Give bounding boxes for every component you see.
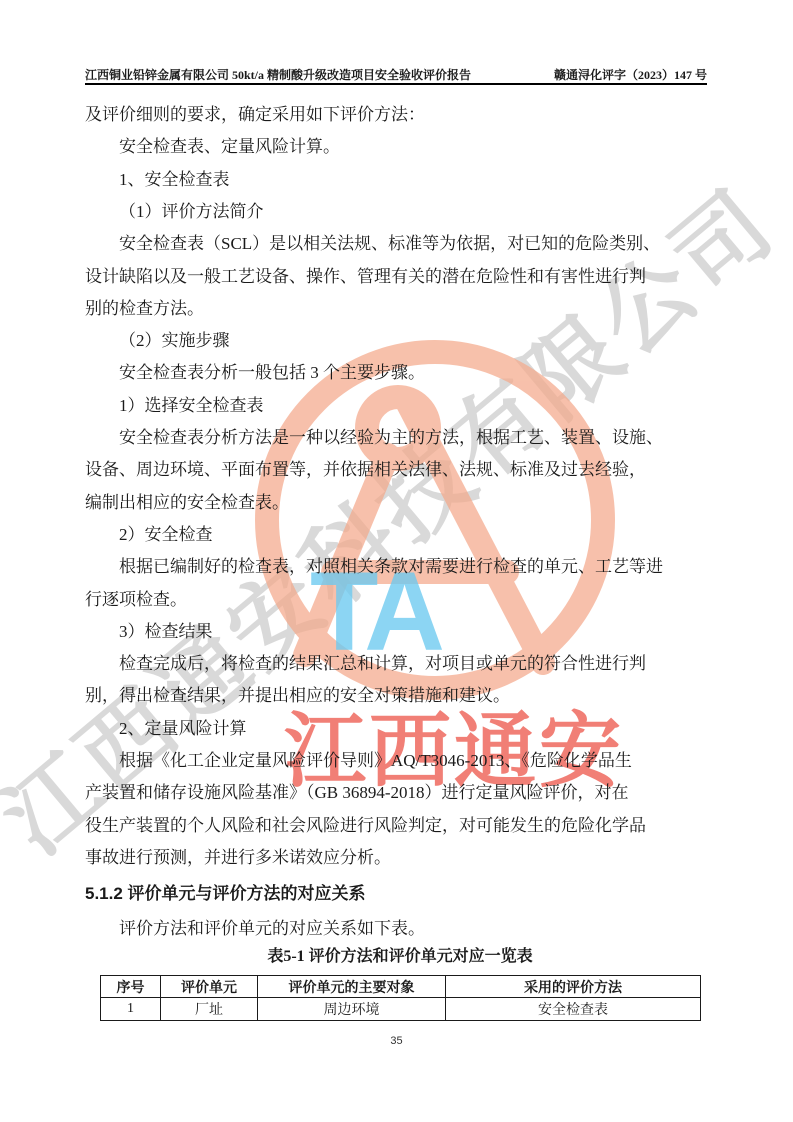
body-line: 编制出相应的安全检查表。 [85,491,725,515]
body-line: （2）实施步骤 [85,329,759,353]
table-header-cell: 评价单元的主要对象 [258,976,446,998]
body-line: 设计缺陷以及一般工艺设备、操作、管理有关的潜在危险性和有害性进行判 [85,265,725,289]
table-intro-sentence: 评价方法和评价单元的对应关系如下表。 [119,914,425,939]
page-number: 35 [0,1035,793,1047]
body-line: 安全检查表分析一般包括 3 个主要步骤。 [85,361,759,385]
body-line: 安全检查表、定量风险计算。 [85,135,759,159]
body-line: 3）检查结果 [85,620,759,644]
page-content: 江西铜业铅锌金属有限公司 50kt/a 精制酸升级改造项目安全验收评价报告 赣通… [0,0,793,1122]
table-header-cell: 评价单元 [161,976,258,998]
table-cell: 1 [101,998,161,1021]
table-body: 1厂址周边环境安全检查表 [101,998,701,1021]
table-header-cell: 序号 [101,976,161,998]
body-line: （1）评价方法简介 [85,200,759,224]
running-header-doc-number: 赣通浔化评字（2023）147 号 [554,66,707,83]
table-cell: 厂址 [161,998,258,1021]
section-heading: 5.1.2 评价单元与评价方法的对应关系 [85,879,366,904]
evaluation-method-table: 序号评价单元评价单元的主要对象采用的评价方法 1厂址周边环境安全检查表 [100,975,701,1021]
body-line: 根据已编制好的检查表，对照相关条款对需要进行检查的单元、工艺等进 [85,555,759,579]
running-header-title: 江西铜业铅锌金属有限公司 50kt/a 精制酸升级改造项目安全验收评价报告 [85,66,585,83]
table-cell: 周边环境 [258,998,446,1021]
document-page: 江西通安科技有限公司 TA 江西通安 江西铜业铅锌金属有限公司 50kt/a 精… [0,0,793,1122]
body-line: 检查完成后，将检查的结果汇总和计算，对项目或单元的符合性进行判 [85,652,759,676]
body-line: 1）选择安全检查表 [85,394,759,418]
body-line: 事故进行预测，并进行多米诺效应分析。 [85,846,725,870]
body-line: 安全检查表分析方法是一种以经验为主的方法，根据工艺、装置、设施、 [85,426,759,450]
table-cell: 安全检查表 [446,998,701,1021]
body-line: 别的检查方法。 [85,297,725,321]
body-line: 根据《化工企业定量风险评价导则》AQ/T3046-2013、《危险化学品生 [85,749,759,773]
body-line: 2）安全检查 [85,523,759,547]
body-line: 役生产装置的个人风险和社会风险进行风险判定，对可能发生的危险化学品 [85,814,725,838]
body-line: 产装置和储存设施风险基准》（GB 36894-2018）进行定量风险评价，对在 [85,781,725,805]
body-line: 2、定量风险计算 [85,717,759,741]
body-line: 及评价细则的要求，确定采用如下评价方法： [85,103,725,127]
body-line: 设备、周边环境、平面布置等，并依据相关法律、法规、标准及过去经验， [85,458,725,482]
body-line: 安全检查表（SCL）是以相关法规、标准等为依据，对已知的危险类别、 [85,232,759,256]
table-caption: 表5-1 评价方法和评价单元对应一览表 [100,943,700,966]
body-line: 1、安全检查表 [85,168,759,192]
body-line: 行逐项检查。 [85,588,725,612]
table-header-cell: 采用的评价方法 [446,976,701,998]
header-rule [85,83,707,85]
body-line: 别，得出检查结果，并提出相应的安全对策措施和建议。 [85,684,725,708]
table-header-row: 序号评价单元评价单元的主要对象采用的评价方法 [101,976,701,998]
table-row: 1厂址周边环境安全检查表 [101,998,701,1021]
